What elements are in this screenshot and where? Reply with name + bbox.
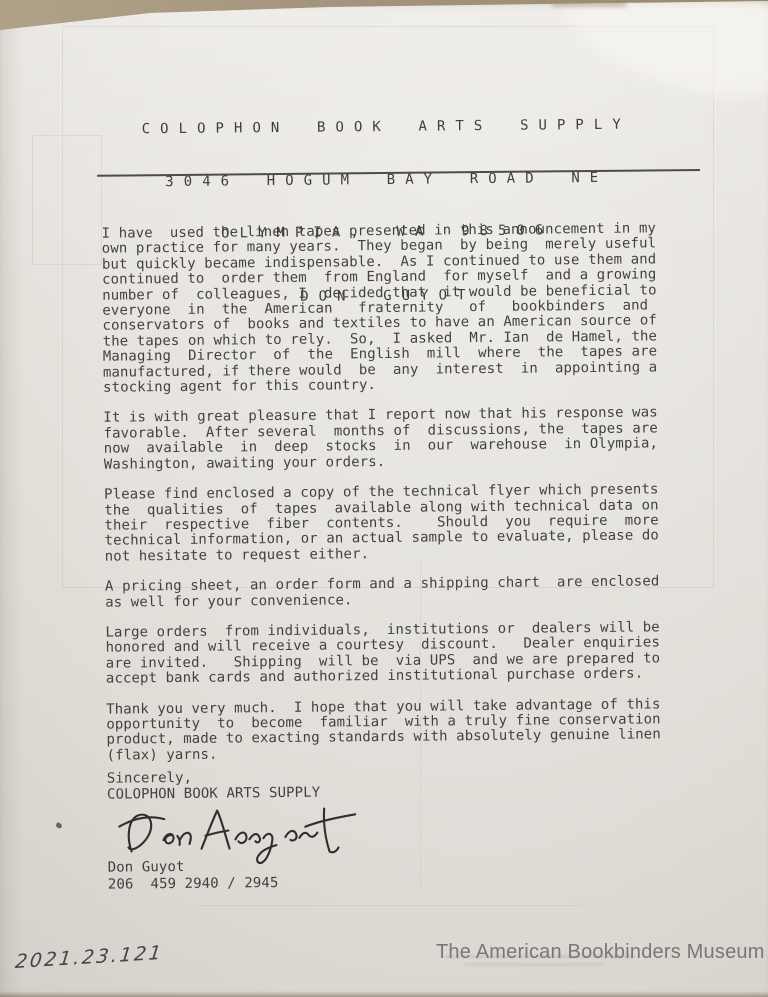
museum-watermark: The American Bookbinders Museum — [436, 941, 756, 964]
letter-paragraph-5: Large orders from individuals, instituti… — [105, 620, 686, 687]
photo-background: C O L O P H O N B O O K A R T S S U P P … — [0, 0, 768, 997]
signature-name: Don Guyot — [108, 859, 185, 876]
letter-paragraph-3: Please find enclosed a copy of the techn… — [104, 482, 685, 565]
signature-script — [113, 804, 382, 867]
signature-block: Don Guyot 206 459 2940 / 2945 — [108, 858, 279, 893]
closing-block: Sincerely, COLOPHON BOOK ARTS SUPPLY — [107, 770, 321, 803]
letter-paper: C O L O P H O N B O O K A R T S S U P P … — [0, 0, 768, 997]
letterhead-company: C O L O P H O N B O O K A R T S S U P P … — [99, 116, 665, 139]
letter-paragraph-1: I have used the linen tapes presented in… — [102, 221, 684, 396]
paper-content: C O L O P H O N B O O K A R T S S U P P … — [0, 0, 768, 997]
letter-paragraph-4: A pricing sheet, an order form and a shi… — [105, 574, 685, 610]
letter-paragraph-2: It is with great pleasure that I report … — [103, 406, 684, 473]
paper-bottom-shadow — [0, 991, 768, 997]
phone-number: 206 459 2940 / 2945 — [108, 875, 279, 893]
letter-body: I have used the linen tapes presented in… — [102, 221, 687, 779]
letter-paragraph-6: Thank you very much. I hope that you wil… — [106, 697, 687, 764]
